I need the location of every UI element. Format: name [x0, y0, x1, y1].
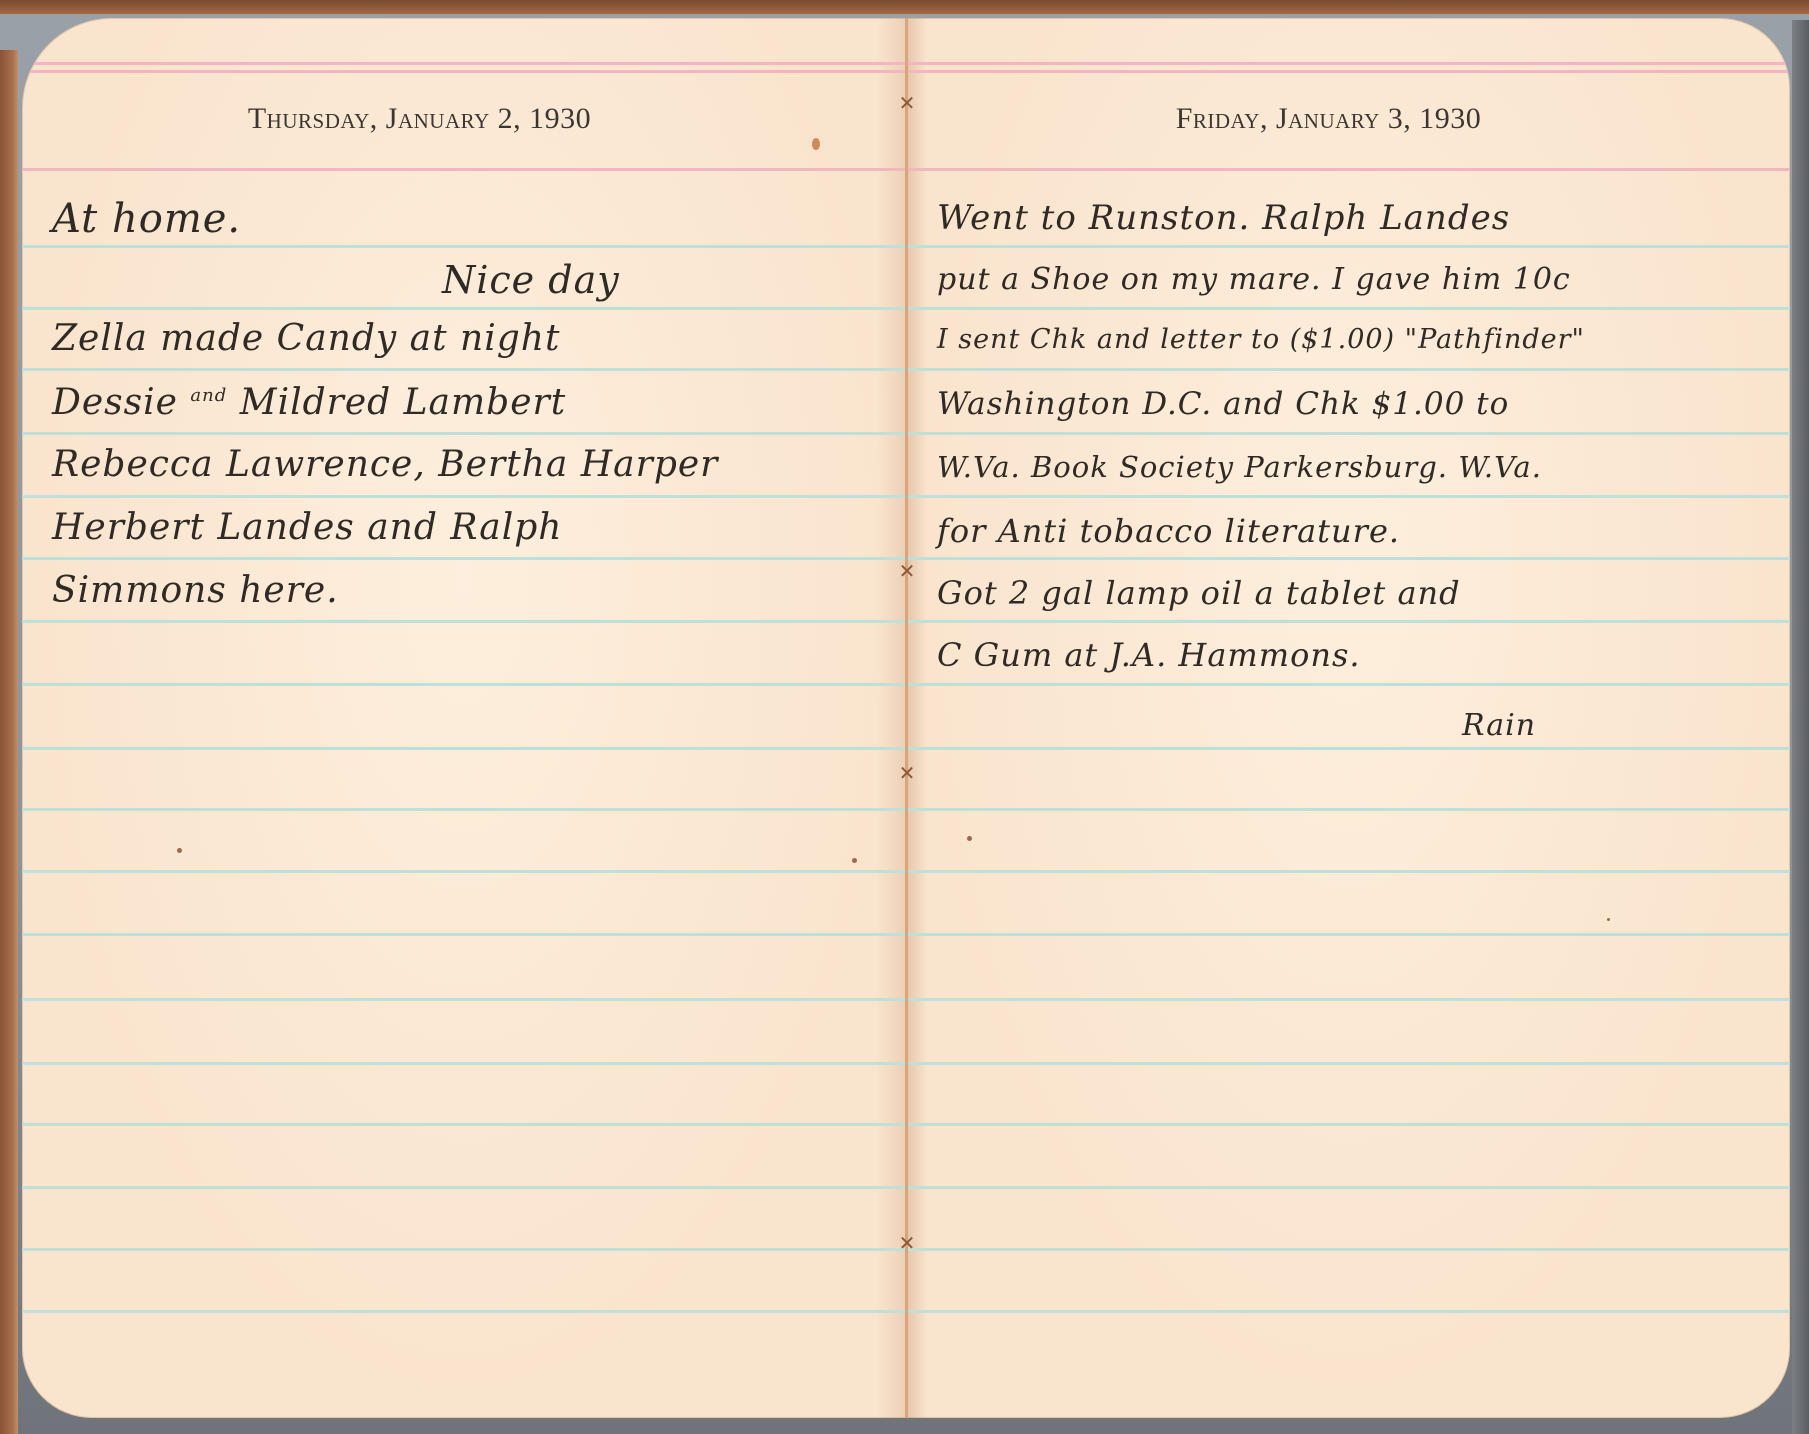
entry-line: Herbert Landes and Ralph [52, 507, 562, 548]
diary-page-left: Thursday, January 2, 1930 At home. Nice … [22, 18, 907, 1418]
entry-line: Simmons here. [52, 570, 339, 611]
binding-stitch-icon: ✕ [896, 762, 918, 784]
book-cover-top-edge [0, 0, 1809, 14]
book-spine [905, 18, 908, 1418]
entry-line: put a Shoe on my mare. I gave him 10c [937, 262, 1571, 297]
entry-line: Zella made Candy at night [52, 318, 560, 359]
entry-line: for Anti tobacco literature. [937, 512, 1400, 550]
entry-text: Mildred Lambert [240, 382, 566, 423]
paper-speck [852, 858, 857, 863]
entry-line: Dessie and Mildred Lambert [52, 382, 566, 423]
entry-line: Rebecca Lawrence, Bertha Harper [52, 444, 718, 485]
diary-page-right: Friday, January 3, 1930 Went to Runston.… [907, 18, 1790, 1418]
entry-line: Went to Runston. Ralph Landes [937, 198, 1510, 238]
paper-stain [812, 138, 820, 150]
book-cover-right-edge [1792, 20, 1809, 1434]
entry-line: W.Va. Book Society Parkersburg. W.Va. [937, 450, 1542, 484]
entry-line-weather: Rain [1462, 708, 1536, 743]
paper-speck [1607, 918, 1610, 921]
book-cover-left-edge [0, 50, 18, 1434]
entry-line: Nice day [442, 258, 620, 302]
entry-line: C Gum at J.A. Hammons. [937, 636, 1361, 674]
entry-line: At home. [52, 196, 241, 242]
binding-stitch-icon: ✕ [896, 92, 918, 114]
diary-entry-right: Went to Runston. Ralph Landes put a Shoe… [907, 18, 1790, 1418]
diary-entry-left: At home. Nice day Zella made Candy at ni… [22, 18, 907, 1418]
paper-speck [177, 848, 182, 853]
paper-speck [967, 836, 972, 841]
entry-superscript: and [190, 385, 227, 406]
entry-text: Dessie [52, 382, 178, 423]
entry-line: Washington D.C. and Chk $1.00 to [937, 386, 1509, 422]
binding-stitch-icon: ✕ [896, 560, 918, 582]
entry-line: Got 2 gal lamp oil a tablet and [937, 574, 1461, 612]
binding-stitch-icon: ✕ [896, 1232, 918, 1254]
entry-line: I sent Chk and letter to ($1.00) "Pathfi… [937, 324, 1585, 355]
